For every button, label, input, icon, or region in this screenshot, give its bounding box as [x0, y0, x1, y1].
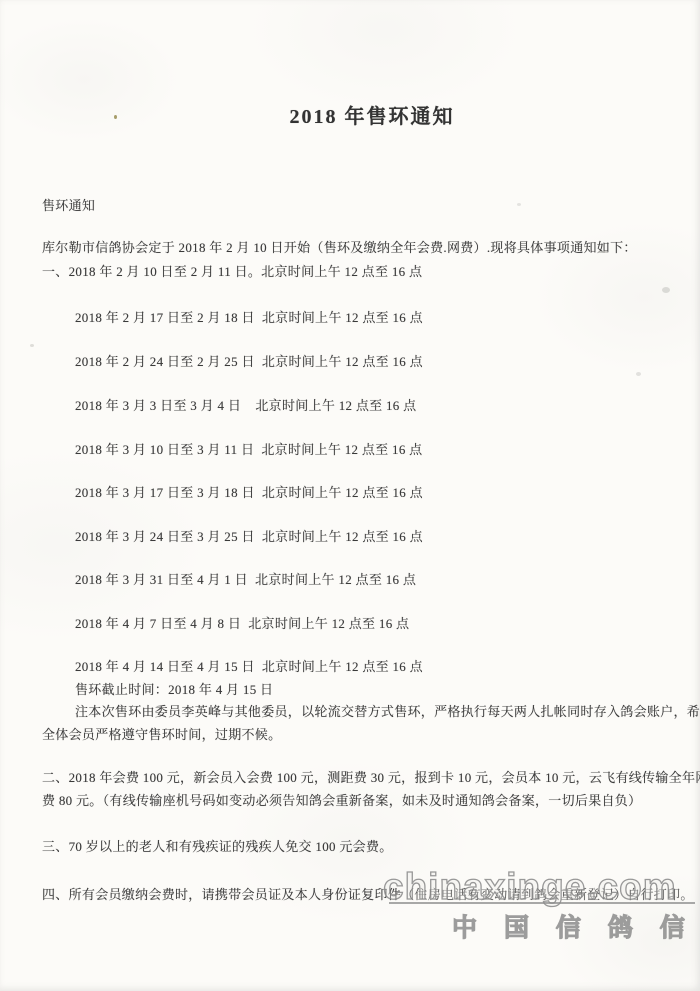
- scanned-document-page: 2018 年售环通知 售环通知 库尔勒市信鸽协会定于 2018 年 2 月 10…: [0, 0, 700, 991]
- doc-note-line2: 全体会员严格遵守售环时间，过期不候。: [42, 725, 281, 745]
- date-line: 2018 年 2 月 24 日至 2 月 25 日 北京时间上午 12 点至 1…: [75, 352, 423, 372]
- doc-heading: 售环通知: [42, 196, 95, 216]
- doc-item2-line1: 二、2018 年会费 100 元，新会员入会费 100 元，测距费 30 元，报…: [42, 768, 700, 788]
- doc-intro: 库尔勒市信鸽协会定于 2018 年 2 月 10 日开始（售环及缴纳全年会费.网…: [42, 238, 637, 258]
- date-line: 2018 年 2 月 17 日至 2 月 18 日 北京时间上午 12 点至 1…: [75, 308, 423, 328]
- doc-item1: 一、2018 年 2 月 10 日至 2 月 11 日。北京时间上午 12 点至…: [42, 262, 422, 282]
- doc-deadline: 售环截止时间：2018 年 4 月 15 日: [75, 680, 273, 700]
- doc-note-line1: 注本次售环由委员李英峰与其他委员，以轮流交替方式售环，严格执行每天两人扎帐同时存…: [75, 702, 700, 722]
- doc-item3: 三、70 岁以上的老人和有残疾证的残疾人免交 100 元会费。: [42, 837, 393, 857]
- date-line: 2018 年 3 月 31 日至 4 月 1 日 北京时间上午 12 点至 16…: [75, 570, 416, 590]
- doc-item4-visible-text: 四、所有会员缴纳会费时，请携带会员证及本人身份证复印件（: [42, 887, 414, 902]
- date-line: 2018 年 3 月 17 日至 3 月 18 日 北京时间上午 12 点至 1…: [75, 483, 423, 503]
- doc-item2-line2: 费 80 元。（有线传输座机号码如变动必须告知鸽会重新备案，如未及时通知鸽会备案…: [42, 791, 641, 811]
- document-title: 2018 年售环通知: [22, 100, 700, 129]
- date-line: 2018 年 4 月 14 日至 4 月 15 日 北京时间上午 12 点至 1…: [75, 657, 423, 677]
- watermark-underline: [389, 902, 695, 904]
- date-line: 2018 年 3 月 10 日至 3 月 11 日 北京时间上午 12 点至 1…: [75, 440, 422, 460]
- scan-speck: [636, 372, 641, 376]
- date-line: 2018 年 4 月 7 日至 4 月 8 日 北京时间上午 12 点至 16 …: [75, 614, 409, 634]
- scan-speck: [30, 344, 34, 347]
- date-line: 2018 年 3 月 3 日至 3 月 4 日 北京时间上午 12 点至 16 …: [75, 396, 416, 416]
- scan-speck: [517, 203, 521, 206]
- date-line: 2018 年 3 月 24 日至 3 月 25 日 北京时间上午 12 点至 1…: [75, 527, 423, 547]
- scan-speck: [662, 287, 670, 293]
- watermark-site-name-cn: 中 国 信 鸽 信 息 网: [452, 908, 700, 944]
